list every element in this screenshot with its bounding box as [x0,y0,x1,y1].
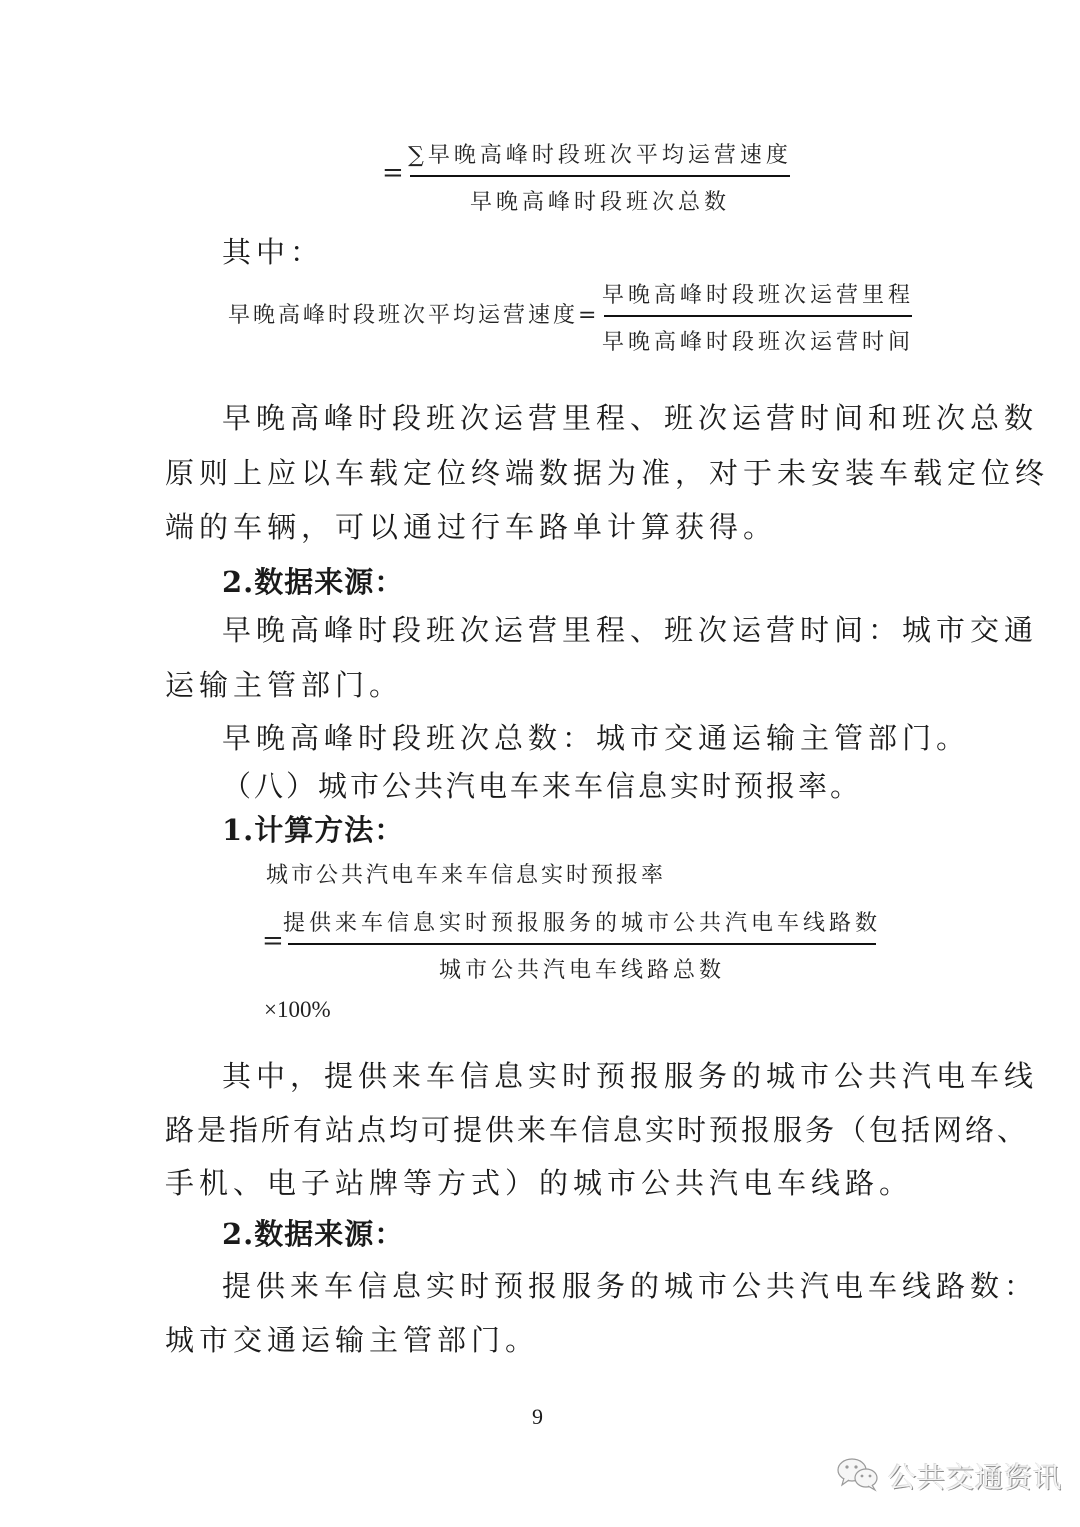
paragraph-line: 端的车辆，可以通过行车路单计算获得。 [165,505,777,546]
data-source-line: 提供来车信息实时预报服务的城市公共汽电车线路数： [222,1264,1038,1305]
fraction-bar [410,175,790,177]
watermark-text: 公共交通资讯 [888,1456,1062,1496]
data-source-item: 早晚高峰时段班次总数：城市交通运输主管部门。 [222,716,970,757]
section-title: （八）城市公共汽电车来车信息实时预报率。 [222,764,862,805]
paragraph-line: 原则上应以车载定位终端数据为准，对于未安装车载定位终 [165,451,1049,492]
data-source-item: 运输主管部门。 [165,663,403,704]
formula3-lhs: 城市公共汽电车来车信息实时预报率 [266,858,666,889]
formula2-numerator: 早晚高峰时段班次运营里程 [602,278,914,309]
data-source-line: 城市交通运输主管部门。 [165,1318,539,1359]
formula1-numerator: ∑早晚高峰时段班次平均运营速度 [408,138,792,169]
explanation-line: 手机、电子站牌等方式）的城市公共汽电车线路。 [165,1161,913,1202]
formula1-equals: = [382,158,404,188]
formula2-fraction: 早晚高峰时段班次运营里程 早晚高峰时段班次运营时间 [604,278,912,356]
formula3-denominator: 城市公共汽电车线路总数 [439,953,725,984]
fraction-bar [604,315,912,317]
formula3-fraction: 提供来车信息实时预报服务的城市公共汽电车线路数 城市公共汽电车线路总数 [288,906,876,984]
formula3-equals: = [262,926,284,956]
data-source-heading: 2.数据来源： [222,560,404,601]
fraction-bar [288,943,876,945]
wechat-icon [836,1456,880,1496]
calc-method-heading: 1.计算方法： [222,808,404,849]
formula1-denominator: 早晚高峰时段班次总数 [470,185,730,216]
where-label: 其中： [222,230,324,271]
formula3-multiplier: ×100% [264,997,331,1023]
paragraph-line: 早晚高峰时段班次运营里程、班次运营时间和班次总数 [222,396,1038,437]
formula1-fraction: ∑早晚高峰时段班次平均运营速度 早晚高峰时段班次总数 [410,138,790,216]
explanation-line: 其中，提供来车信息实时预报服务的城市公共汽电车线 [222,1054,1038,1095]
data-source-heading: 2.数据来源： [222,1212,404,1253]
formula3-numerator: 提供来车信息实时预报服务的城市公共汽电车线路数 [283,906,881,937]
formula2-lhs: 早晚高峰时段班次平均运营速度= [228,298,599,329]
formula2-denominator: 早晚高峰时段班次运营时间 [602,325,914,356]
explanation-line: 路是指所有站点均可提供来车信息实时预报服务（包括网络、 [165,1108,1029,1149]
page-number: 9 [532,1404,543,1430]
data-source-item: 早晚高峰时段班次运营里程、班次运营时间：城市交通 [222,608,1038,649]
watermark: 公共交通资讯 [836,1456,1062,1496]
